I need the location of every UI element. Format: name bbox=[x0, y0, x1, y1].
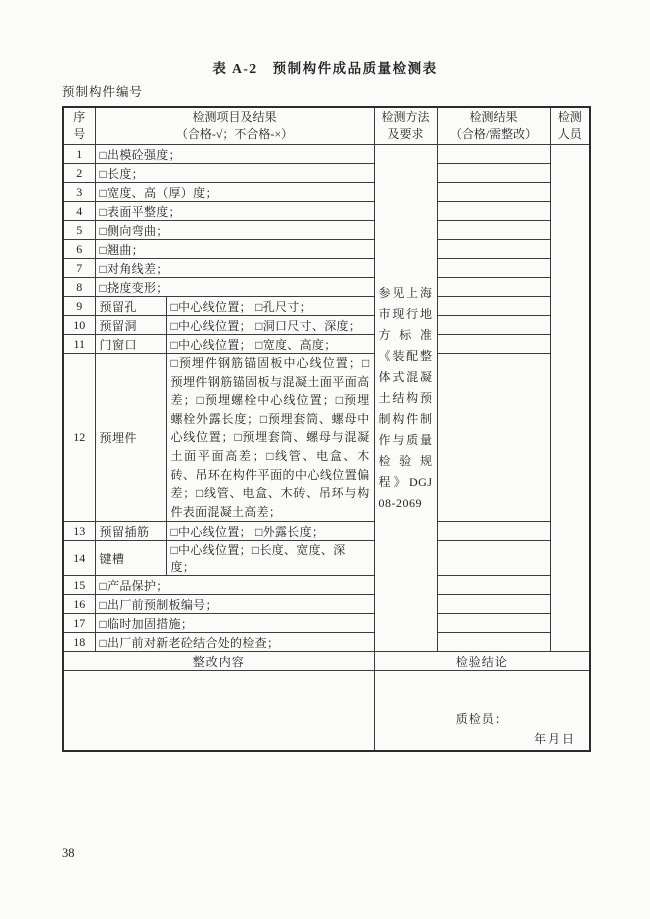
result-cell bbox=[437, 145, 550, 164]
item-name-cell: 门窗口 bbox=[95, 335, 166, 354]
item-cell: □预埋件钢筋锚固板中心线位置；□预埋件钢筋锚固板与混凝土面平面高差；□预埋螺栓中… bbox=[166, 354, 374, 522]
header-item-line1: 检测项目及结果 bbox=[100, 109, 370, 126]
result-cell bbox=[437, 183, 550, 202]
header-seq-no-line1: 序 bbox=[68, 109, 91, 126]
result-cell bbox=[437, 522, 550, 541]
table-row: 18 □出厂前对新老砼结合处的检查； bbox=[63, 633, 590, 652]
table-row: 10 预留洞 □中心线位置； □洞口尺寸、深度； bbox=[63, 316, 590, 335]
table-row: 15 □产品保护； bbox=[63, 576, 590, 595]
result-cell bbox=[437, 354, 550, 522]
result-cell bbox=[437, 259, 550, 278]
page-number: 38 bbox=[62, 846, 75, 861]
rectification-content-area bbox=[63, 671, 374, 751]
table-row: 11 门窗口 □中心线位置； □宽度、高度； bbox=[63, 335, 590, 354]
result-cell bbox=[437, 278, 550, 297]
date-label: 年月日 bbox=[379, 730, 586, 747]
header-method: 检测方法 及要求 bbox=[374, 107, 437, 145]
result-cell bbox=[437, 316, 550, 335]
item-cell: □挠度变形； bbox=[95, 278, 374, 297]
item-cell: □对角线差； bbox=[95, 259, 374, 278]
inspection-table: 序 号 检测项目及结果 （合格-√；不合格-×） 检测方法 及要求 检测结果 （… bbox=[62, 106, 591, 752]
item-cell: □宽度、高（厚）度； bbox=[95, 183, 374, 202]
component-number-label: 预制构件编号 bbox=[62, 82, 143, 100]
header-item-line2: （合格-√；不合格-×） bbox=[100, 126, 370, 143]
row-number: 5 bbox=[63, 221, 95, 240]
item-name-cell: 预留洞 bbox=[95, 316, 166, 335]
result-cell bbox=[437, 595, 550, 614]
item-cell: □表面平整度； bbox=[95, 202, 374, 221]
row-number: 18 bbox=[63, 633, 95, 652]
result-cell bbox=[437, 202, 550, 221]
row-number: 8 bbox=[63, 278, 95, 297]
table-row: 8 □挠度变形； bbox=[63, 278, 590, 297]
item-cell: □长度； bbox=[95, 164, 374, 183]
table-header-row: 序 号 检测项目及结果 （合格-√；不合格-×） 检测方法 及要求 检测结果 （… bbox=[63, 107, 590, 145]
table-row: 12 预埋件 □预埋件钢筋锚固板中心线位置；□预埋件钢筋锚固板与混凝土面平面高差… bbox=[63, 354, 590, 522]
result-cell bbox=[437, 541, 550, 576]
row-number: 10 bbox=[63, 316, 95, 335]
footer-content-row: 质检员： 年月日 bbox=[63, 671, 590, 751]
footer-header-row: 整改内容 检验结论 bbox=[63, 652, 590, 671]
result-cell bbox=[437, 335, 550, 354]
table-row: 1 □出模砼强度； 参见上海市现行地方标准《装配整体式混凝土结构预制构件制作与质… bbox=[63, 145, 590, 164]
result-cell bbox=[437, 633, 550, 652]
header-inspector: 检测 人员 bbox=[550, 107, 590, 145]
inspector-cell bbox=[550, 145, 590, 652]
row-number: 15 bbox=[63, 576, 95, 595]
table-row: 14 键槽 □中心线位置；□长度、宽度、深度； bbox=[63, 541, 590, 576]
table-row: 17 □临时加固措施； bbox=[63, 614, 590, 633]
table-row: 16 □出厂前预制板编号； bbox=[63, 595, 590, 614]
item-name-cell: 预留孔 bbox=[95, 297, 166, 316]
table-row: 3 □宽度、高（厚）度； bbox=[63, 183, 590, 202]
item-cell: □中心线位置； □宽度、高度； bbox=[166, 335, 374, 354]
conclusion-area: 质检员： 年月日 bbox=[374, 671, 590, 751]
table-row: 7 □对角线差； bbox=[63, 259, 590, 278]
table-row: 5 □侧向弯曲； bbox=[63, 221, 590, 240]
result-cell bbox=[437, 576, 550, 595]
result-cell bbox=[437, 164, 550, 183]
item-cell: □中心线位置； □孔尺寸； bbox=[166, 297, 374, 316]
row-number: 1 bbox=[63, 145, 95, 164]
result-cell bbox=[437, 240, 550, 259]
item-cell: □出模砼强度； bbox=[95, 145, 374, 164]
result-cell bbox=[437, 614, 550, 633]
method-reference-cell: 参见上海市现行地方标准《装配整体式混凝土结构预制构件制作与质量检验规程》DGJ … bbox=[374, 145, 437, 652]
row-number: 12 bbox=[63, 354, 95, 522]
result-cell bbox=[437, 221, 550, 240]
table-row: 2 □长度； bbox=[63, 164, 590, 183]
table-row: 9 预留孔 □中心线位置； □孔尺寸； bbox=[63, 297, 590, 316]
row-number: 11 bbox=[63, 335, 95, 354]
header-seq-no: 序 号 bbox=[63, 107, 95, 145]
result-cell bbox=[437, 297, 550, 316]
header-inspector-line1: 检测 bbox=[555, 109, 586, 126]
table-row: 6 □翘曲； bbox=[63, 240, 590, 259]
item-cell: □产品保护； bbox=[95, 576, 374, 595]
item-cell: □出厂前对新老砼结合处的检查； bbox=[95, 633, 374, 652]
row-number: 3 bbox=[63, 183, 95, 202]
document-title: 表 A-2 预制构件成品质量检测表 bbox=[0, 57, 650, 77]
item-cell: □翘曲； bbox=[95, 240, 374, 259]
item-cell: □中心线位置；□长度、宽度、深度； bbox=[166, 541, 374, 576]
quality-inspector-label: 质检员： bbox=[379, 710, 586, 727]
row-number: 7 bbox=[63, 259, 95, 278]
header-inspector-line2: 人员 bbox=[555, 126, 586, 143]
header-result-line2: （合格/需整改） bbox=[442, 126, 546, 143]
item-cell: □中心线位置； □外露长度； bbox=[166, 522, 374, 541]
header-method-line1: 检测方法 bbox=[379, 109, 433, 126]
row-number: 6 bbox=[63, 240, 95, 259]
scanned-document-page: 表 A-2 预制构件成品质量检测表 预制构件编号 序 号 检测项目及结果 （合格… bbox=[0, 0, 650, 919]
item-name-cell: 预埋件 bbox=[95, 354, 166, 522]
rectify-content-label: 整改内容 bbox=[63, 652, 374, 671]
header-method-line2: 及要求 bbox=[379, 126, 433, 143]
item-name-cell: 预留插筋 bbox=[95, 522, 166, 541]
item-name-cell: 键槽 bbox=[95, 541, 166, 576]
table-row: 13 预留插筋 □中心线位置； □外露长度； bbox=[63, 522, 590, 541]
table-row: 4 □表面平整度； bbox=[63, 202, 590, 221]
row-number: 4 bbox=[63, 202, 95, 221]
row-number: 17 bbox=[63, 614, 95, 633]
header-result: 检测结果 （合格/需整改） bbox=[437, 107, 550, 145]
header-result-line1: 检测结果 bbox=[442, 109, 546, 126]
row-number: 9 bbox=[63, 297, 95, 316]
row-number: 14 bbox=[63, 541, 95, 576]
row-number: 13 bbox=[63, 522, 95, 541]
header-item: 检测项目及结果 （合格-√；不合格-×） bbox=[95, 107, 374, 145]
conclusion-label: 检验结论 bbox=[374, 652, 590, 671]
header-seq-no-line2: 号 bbox=[68, 126, 91, 143]
row-number: 16 bbox=[63, 595, 95, 614]
item-cell: □出厂前预制板编号； bbox=[95, 595, 374, 614]
item-cell: □侧向弯曲； bbox=[95, 221, 374, 240]
row-number: 2 bbox=[63, 164, 95, 183]
item-cell: □中心线位置； □洞口尺寸、深度； bbox=[166, 316, 374, 335]
item-cell: □临时加固措施； bbox=[95, 614, 374, 633]
